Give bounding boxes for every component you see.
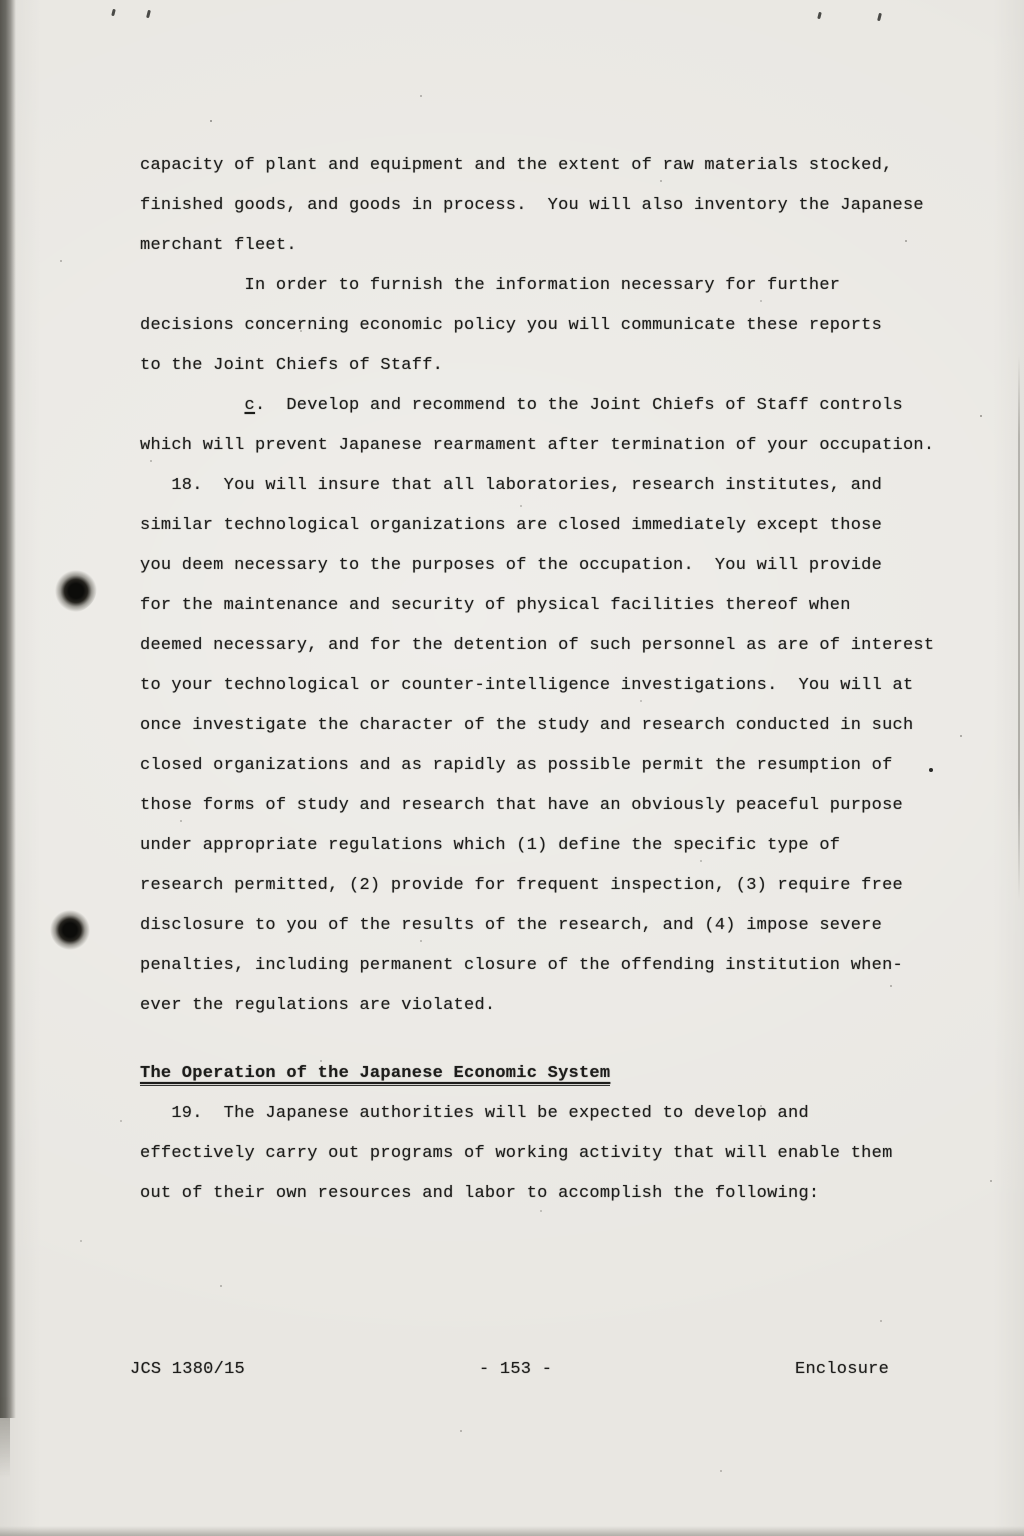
bottom-scan-edge <box>0 1526 1024 1536</box>
text-segment: In order to furnish the information nece… <box>140 276 840 295</box>
typed-line: which will prevent Japanese rearmament a… <box>140 426 950 466</box>
typed-line: closed organizations and as rapidly as p… <box>140 746 950 786</box>
section-heading: The Operation of the Japanese Economic S… <box>140 1054 950 1094</box>
text-segment: deemed necessary, and for the detention … <box>140 636 934 655</box>
binding-edge-strip <box>0 0 16 1418</box>
typed-line: ever the regulations are violated. <box>140 986 950 1026</box>
text-segment: The Operation of the Japanese Economic S… <box>140 1064 610 1086</box>
typed-line: 18. You will insure that all laboratorie… <box>140 466 950 506</box>
text-segment: for the maintenance and security of phys… <box>140 596 851 615</box>
typed-line: once investigate the character of the st… <box>140 706 950 746</box>
typed-line: those forms of study and research that h… <box>140 786 950 826</box>
typed-line: c. Develop and recommend to the Joint Ch… <box>140 386 950 426</box>
typed-line: disclosure to you of the results of the … <box>140 906 950 946</box>
stray-ink-tick <box>146 10 151 18</box>
text-segment: merchant fleet. <box>140 236 297 255</box>
enclosure-label: Enclosure <box>795 1350 889 1390</box>
text-segment: finished goods, and goods in process. Yo… <box>140 196 924 215</box>
text-segment: similar technological organizations are … <box>140 516 882 535</box>
document-number: JCS 1380/15 <box>130 1350 245 1390</box>
text-segment: those forms of study and research that h… <box>140 796 903 815</box>
text-segment: decisions concerning economic policy you… <box>140 316 882 335</box>
text-segment: once investigate the character of the st… <box>140 716 913 735</box>
typed-line: for the maintenance and security of phys… <box>140 586 950 626</box>
text-segment: to your technological or counter-intelli… <box>140 676 913 695</box>
typed-line: finished goods, and goods in process. Yo… <box>140 186 950 226</box>
typed-line: under appropriate regulations which (1) … <box>140 826 950 866</box>
text-segment: you deem necessary to the purposes of th… <box>140 556 882 575</box>
stray-ink-tick <box>111 9 116 17</box>
typed-line: to the Joint Chiefs of Staff. <box>140 346 950 386</box>
document-lines: capacity of plant and equipment and the … <box>140 146 950 1214</box>
paper-speckles <box>0 0 2 2</box>
text-segment: disclosure to you of the results of the … <box>140 916 882 935</box>
typed-line: to your technological or counter-intelli… <box>140 666 950 706</box>
underlined-text: c <box>245 396 255 415</box>
text-segment: closed organizations and as rapidly as p… <box>140 756 893 775</box>
text-segment: capacity of plant and equipment and the … <box>140 156 893 175</box>
stray-ink-tick <box>817 12 822 20</box>
typed-line: 19. The Japanese authorities will be exp… <box>140 1094 950 1134</box>
text-segment: research permitted, (2) provide for freq… <box>140 876 903 895</box>
line-spacer <box>140 1026 950 1054</box>
text-segment: 18. You will insure that all laboratorie… <box>140 476 882 495</box>
ink-punch-mark-bottom <box>49 909 92 952</box>
text-segment: which will prevent Japanese rearmament a… <box>140 436 934 455</box>
typed-line: In order to furnish the information nece… <box>140 266 950 306</box>
text-segment: effectively carry out programs of workin… <box>140 1144 893 1163</box>
typed-line: out of their own resources and labor to … <box>140 1174 950 1214</box>
typed-line: deemed necessary, and for the detention … <box>140 626 950 666</box>
text-segment: under appropriate regulations which (1) … <box>140 836 840 855</box>
text-segment: out of their own resources and labor to … <box>140 1184 819 1203</box>
typed-line: merchant fleet. <box>140 226 950 266</box>
scanned-document-page: capacity of plant and equipment and the … <box>0 0 1024 1536</box>
typed-line: capacity of plant and equipment and the … <box>140 146 950 186</box>
typed-line: penalties, including permanent closure o… <box>140 946 950 986</box>
typed-line: research permitted, (2) provide for freq… <box>140 866 950 906</box>
text-segment: 19. The Japanese authorities will be exp… <box>140 1104 809 1123</box>
typed-line: effectively carry out programs of workin… <box>140 1134 950 1174</box>
typed-line: similar technological organizations are … <box>140 506 950 546</box>
page-footer: JCS 1380/15 - 153 - Enclosure <box>0 1350 1024 1390</box>
page-number: - 153 - <box>479 1350 552 1390</box>
text-segment: to the Joint Chiefs of Staff. <box>140 356 443 375</box>
text-segment: penalties, including permanent closure o… <box>140 956 903 975</box>
typed-line: you deem necessary to the purposes of th… <box>140 546 950 586</box>
typed-line: decisions concerning economic policy you… <box>140 306 950 346</box>
stray-ink-tick <box>877 13 882 21</box>
text-segment: ever the regulations are violated. <box>140 996 495 1015</box>
right-edge-crease <box>1018 355 1020 900</box>
text-segment <box>140 396 245 415</box>
ink-punch-mark-top <box>52 567 99 614</box>
text-segment: . Develop and recommend to the Joint Chi… <box>255 396 903 415</box>
